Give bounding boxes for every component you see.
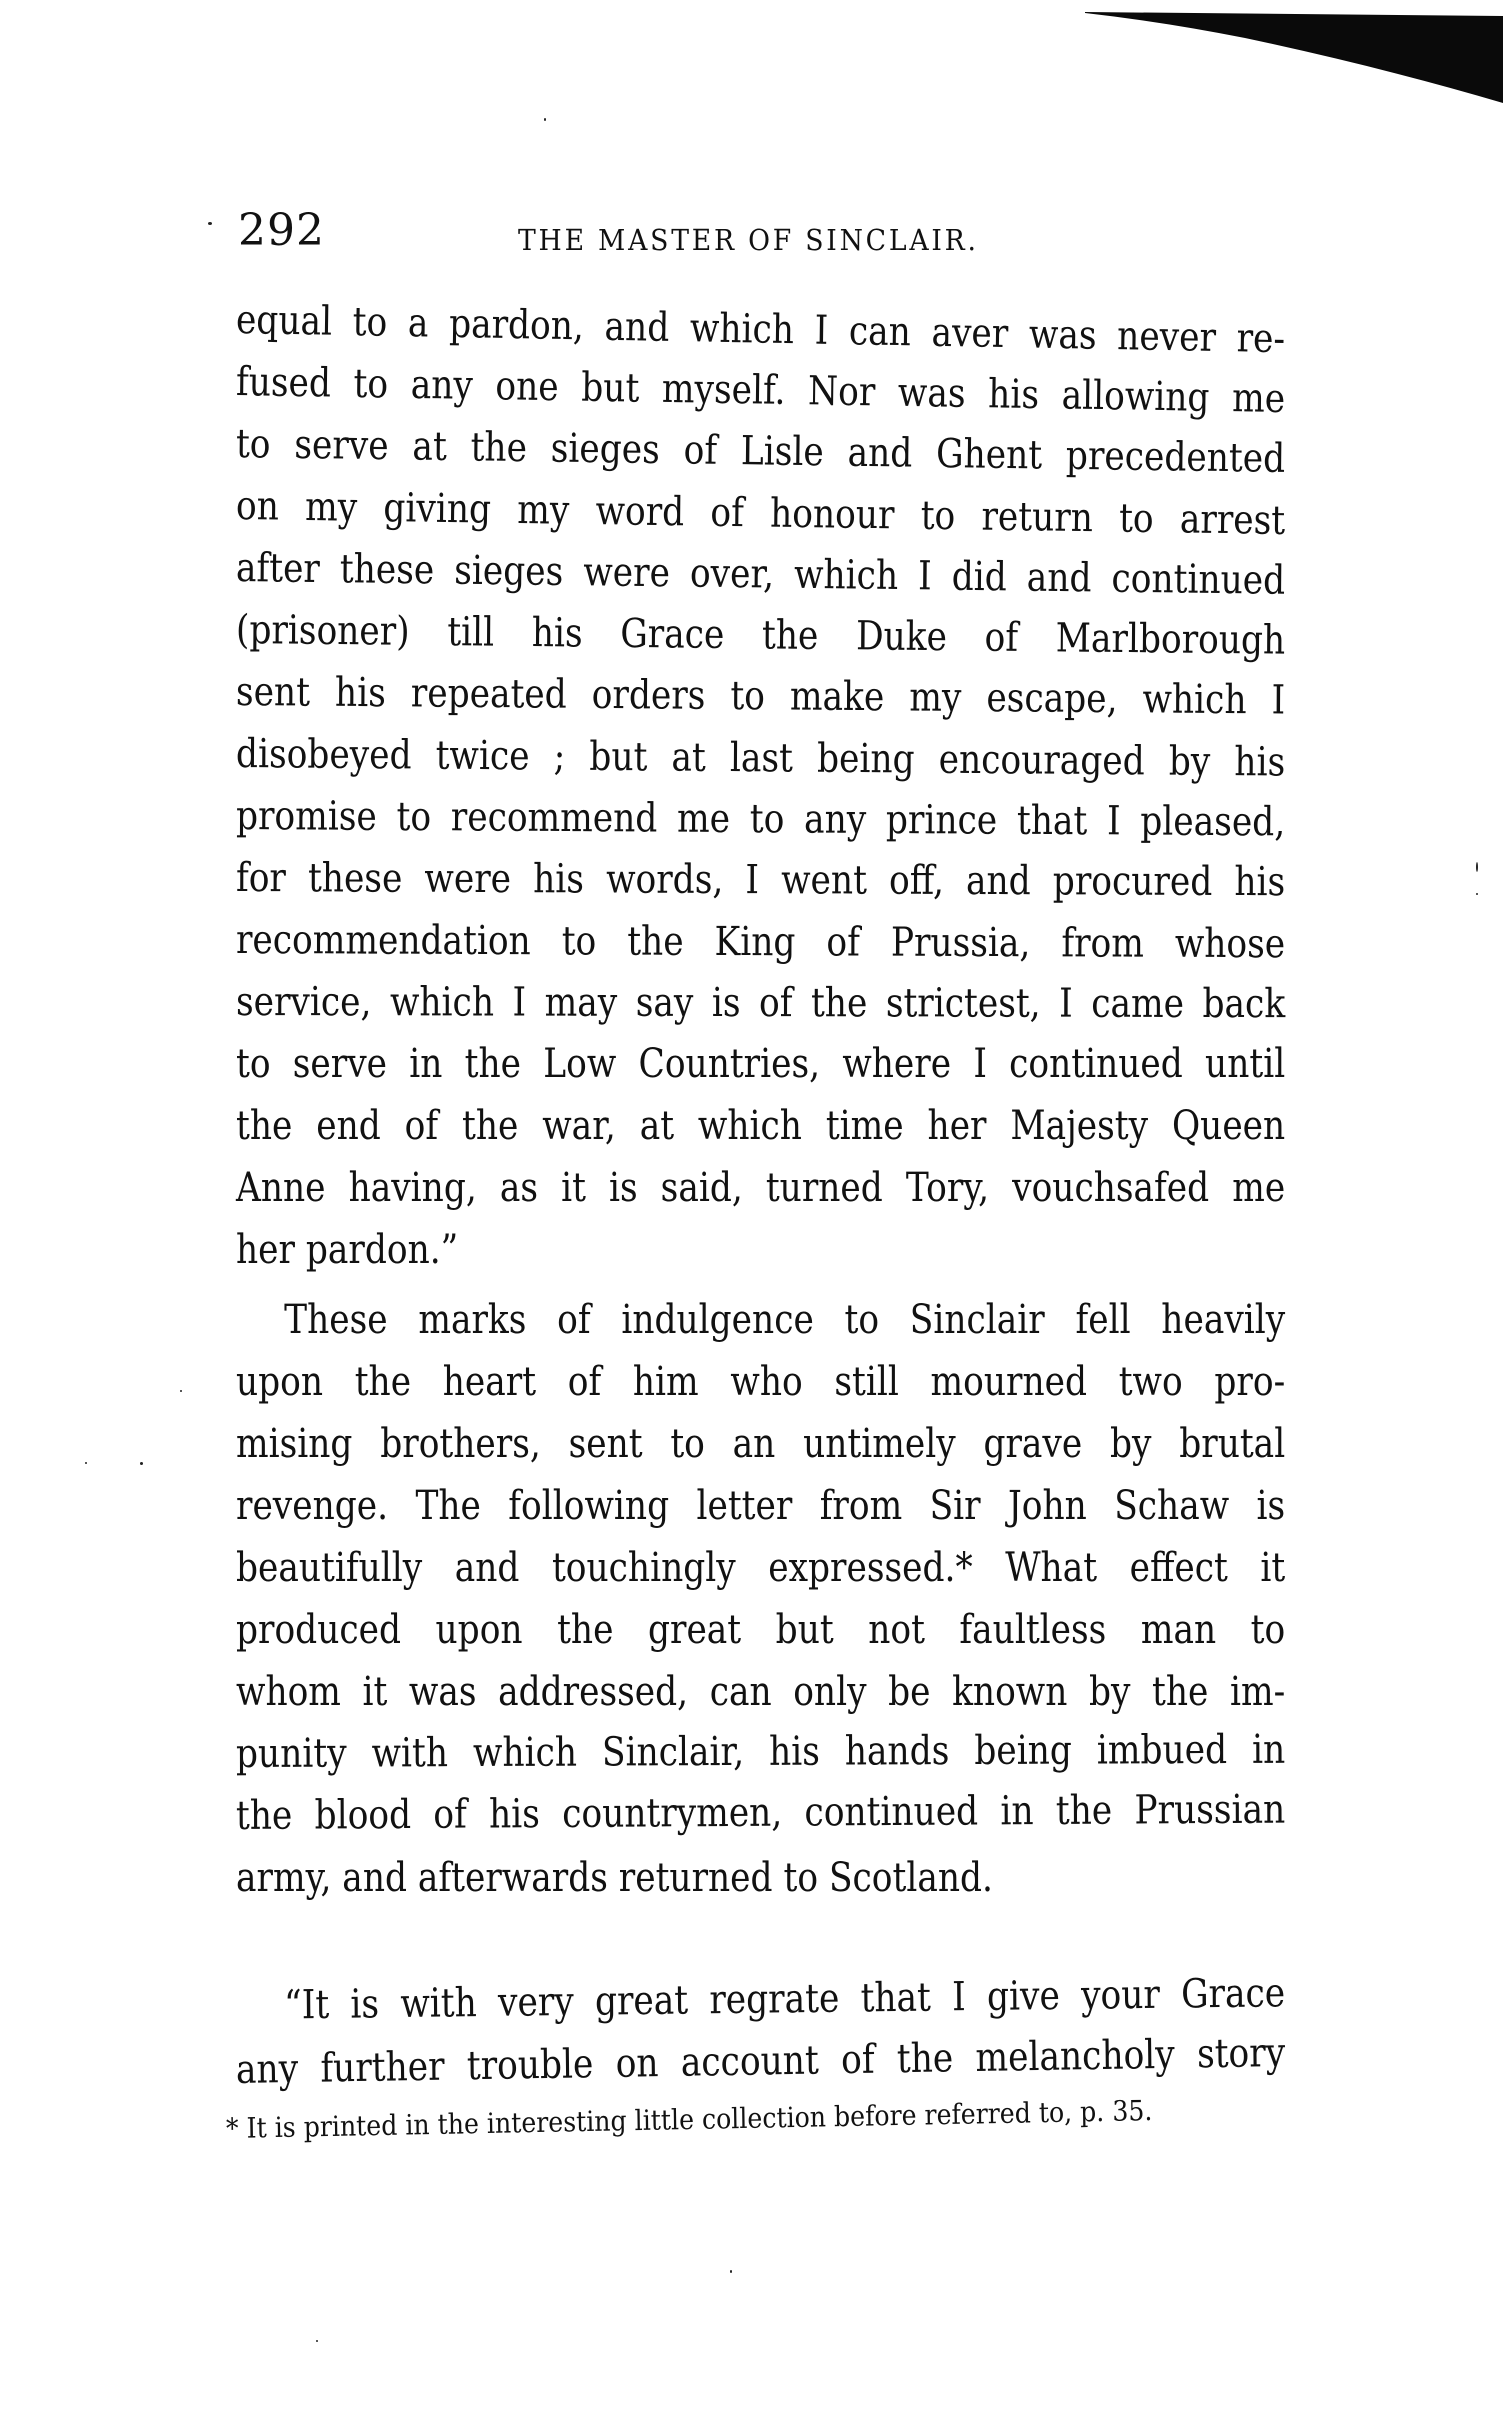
text-line: disobeyed twice ; but at last being enco…	[236, 724, 1286, 793]
text-line: for these were his words, I went off, an…	[236, 848, 1285, 912]
text-line: punity with which Sinclair, his hands be…	[236, 1720, 1285, 1784]
text-line: her pardon.”	[236, 1220, 1285, 1280]
text-line: promise to recommend me to any prince th…	[236, 786, 1285, 852]
text-line: sent his repeated orders to make my esca…	[236, 662, 1286, 731]
text-line: to serve in the Low Countries, where I c…	[236, 1034, 1285, 1094]
text-line: army, and afterwards returned to Scotlan…	[236, 1848, 1285, 1908]
text-line: mising brothers, sent to an untimely gra…	[236, 1414, 1285, 1474]
text-line: recommendation to the King of Prussia, f…	[236, 910, 1285, 974]
page-number: 292	[238, 205, 325, 256]
text-line: the blood of his countrymen, continued i…	[236, 1780, 1285, 1846]
print-speck	[1476, 893, 1478, 895]
text-line: beautifully and touchingly expressed.* W…	[236, 1538, 1285, 1598]
footnote: * It is printed in the interesting littl…	[226, 2093, 1216, 2145]
print-speck	[544, 118, 546, 121]
text-line: Anne having, as it is said, turned Tory,…	[236, 1158, 1285, 1218]
text-line: service, which I may say is of the stric…	[236, 972, 1285, 1034]
print-speck	[180, 1390, 182, 1392]
print-speck	[316, 2340, 318, 2342]
quote-line: any further trouble on account of the me…	[236, 2023, 1286, 2100]
text-line: whom it was addressed, can only be known…	[236, 1662, 1285, 1722]
print-speck	[140, 1462, 143, 1465]
text-line: revenge. The following letter from Sir J…	[236, 1476, 1285, 1536]
text-line: upon the heart of him who still mourned …	[236, 1352, 1285, 1412]
scan-edge-artifact	[1085, 8, 1503, 103]
print-speck	[1476, 862, 1478, 872]
text-line: the end of the war, at which time her Ma…	[236, 1096, 1285, 1156]
running-head: THE MASTER OF SINCLAIR.	[518, 223, 979, 257]
print-speck	[208, 222, 212, 225]
print-speck	[85, 1462, 87, 1464]
paragraph-start-line: These marks of indulgence to Sinclair fe…	[236, 1290, 1285, 1350]
print-speck	[730, 2270, 732, 2273]
page-header: 292 THE MASTER OF SINCLAIR.	[238, 205, 1288, 275]
text-line: produced upon the great but not faultles…	[236, 1600, 1285, 1660]
text-line: after these sieges were over, which I di…	[236, 538, 1286, 611]
text-line: (prisoner) till his Grace the Duke of Ma…	[236, 600, 1286, 671]
